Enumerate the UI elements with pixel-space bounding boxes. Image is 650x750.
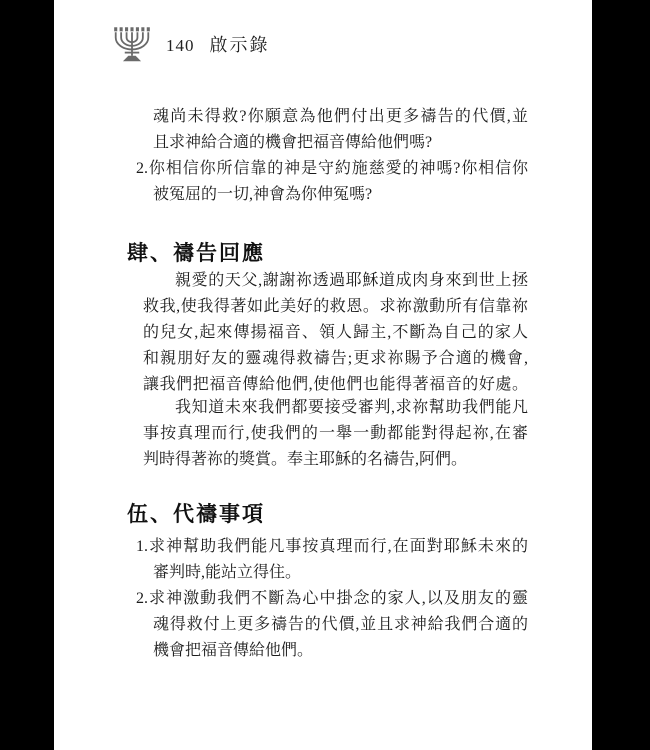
text-line: 被冤屈的一切,神會為你伸冤嗎? [153,182,528,208]
section5-heading: 伍、代禱事項 [127,499,265,529]
carryover-list: 魂尚未得救?你願意為他們付出更多禱告的代價,並且求神給合適的機會把福音傳給他們嗎… [136,104,528,208]
section4-heading: 肆、禱告回應 [127,238,265,268]
text-line: 1.求神幫助我們能凡事按真理而行,在面對耶穌未來的 [136,534,528,560]
text-line: 審判時,能站立得住。 [153,560,528,586]
section5-list: 1.求神幫助我們能凡事按真理而行,在面對耶穌未來的審判時,能站立得住。2.求神激… [136,534,528,664]
book-page: 140 啟示錄 魂尚未得救?你願意為他們付出更多禱告的代價,並且求神給合適的機會… [54,0,592,750]
text-line: 且求神給合適的機會把福音傳給他們嗎? [153,130,528,156]
section4-paragraph-2: 我知道未來我們都要接受審判,求祢幫助我們能凡事按真理而行,使我們的一舉一動都能對… [143,395,528,473]
text-line: 判時得著祢的獎賞。奉主耶穌的名禱告,阿們。 [143,447,528,473]
text-line: 魂尚未得救?你願意為他們付出更多禱告的代價,並 [153,104,528,130]
text-line: 救我,使我得著如此美好的救恩。求祢激動所有信靠祢 [143,294,528,320]
text-line: 親愛的天父,謝謝祢透過耶穌道成肉身來到世上拯 [143,268,528,294]
section4-paragraph-1: 親愛的天父,謝謝祢透過耶穌道成肉身來到世上拯救我,使我得著如此美好的救恩。求祢激… [143,268,528,398]
scan-frame: 140 啟示錄 魂尚未得救?你願意為他們付出更多禱告的代價,並且求神給合適的機會… [0,0,650,750]
text-line: 我知道未來我們都要接受審判,求祢幫助我們能凡 [143,395,528,421]
text-line: 的兒女,起來傳揚福音、領人歸主,不斷為自己的家人 [143,320,528,346]
book-title: 啟示錄 [210,35,270,55]
text-line: 魂得救付上更多禱告的代價,並且求神給我們合適的 [153,612,528,638]
text-line: 事按真理而行,使我們的一舉一動都能對得起祢,在審 [143,421,528,447]
text-line: 2.求神激動我們不斷為心中掛念的家人,以及朋友的靈 [136,586,528,612]
text-line: 機會把福音傳給他們。 [153,638,528,664]
menorah-icon [112,25,152,63]
text-line: 2.你相信你所信靠的神是守約施慈愛的神嗎?你相信你 [136,156,528,182]
running-head: 140 啟示錄 [166,33,270,57]
text-line: 和親朋好友的靈魂得救禱告;更求祢賜予合適的機會, [143,346,528,372]
page-number: 140 [166,36,195,55]
